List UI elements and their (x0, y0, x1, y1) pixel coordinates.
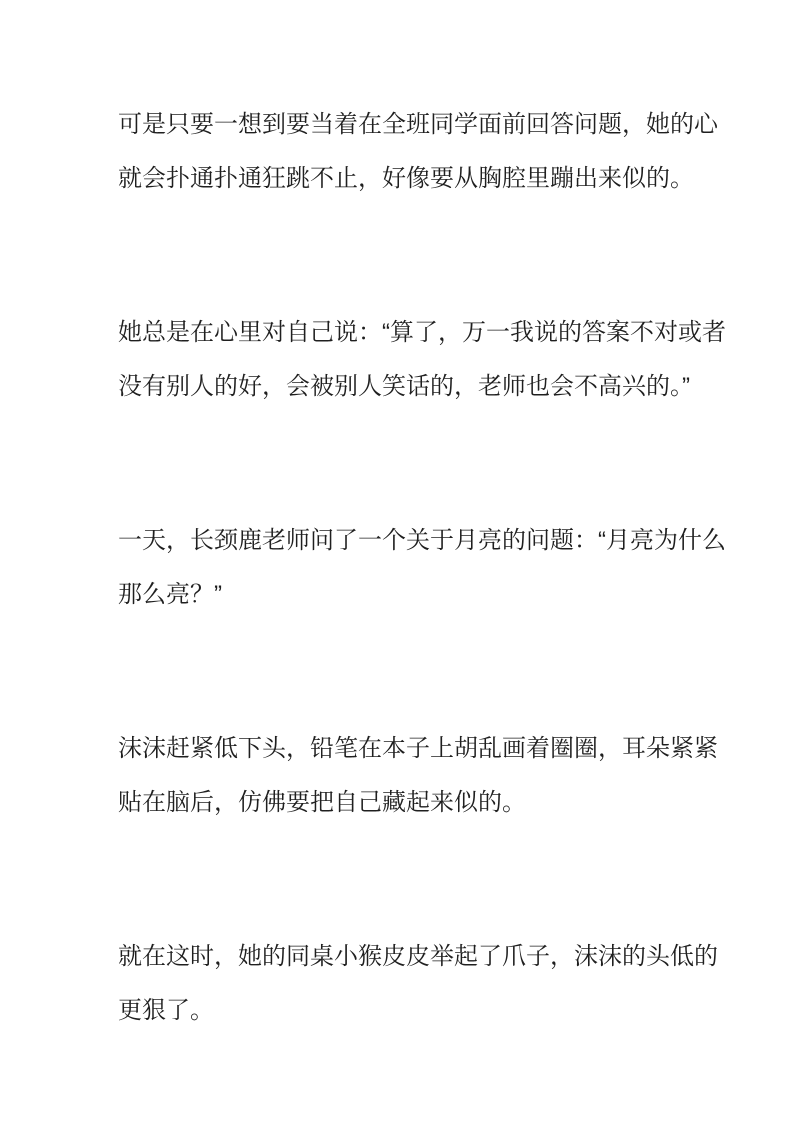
paragraph-1-line-2: 就会扑通扑通狂跳不止，好像要从胸腔里蹦出来似的。 (118, 152, 718, 206)
paragraph-5-line-2: 更狠了。 (118, 984, 718, 1038)
paragraph-2-line-2: 没有别人的好，会被别人笑话的，老师也会不高兴的。” (118, 360, 718, 414)
paragraph-1: 可是只要一想到要当着在全班同学面前回答问题，她的心 就会扑通扑通狂跳不止，好像要… (118, 98, 718, 206)
paragraph-1-line-1: 可是只要一想到要当着在全班同学面前回答问题，她的心 (118, 98, 718, 152)
paragraph-4: 沫沫赶紧低下头，铅笔在本子上胡乱画着圈圈，耳朵紧紧 贴在脑后，仿佛要把自己藏起来… (118, 722, 718, 830)
paragraph-4-line-2: 贴在脑后，仿佛要把自己藏起来似的。 (118, 776, 718, 830)
paragraph-2: 她总是在心里对自己说：“算了，万一我说的答案不对或者 没有别人的好，会被别人笑话… (118, 306, 718, 414)
paragraph-5-line-1: 就在这时，她的同桌小猴皮皮举起了爪子，沫沫的头低的 (118, 930, 718, 984)
paragraph-3-line-2: 那么亮？” (118, 568, 718, 622)
paragraph-3: 一天，长颈鹿老师问了一个关于月亮的问题：“月亮为什么 那么亮？” (118, 514, 718, 622)
paragraph-5: 就在这时，她的同桌小猴皮皮举起了爪子，沫沫的头低的 更狠了。 (118, 930, 718, 1038)
paragraph-3-line-1: 一天，长颈鹿老师问了一个关于月亮的问题：“月亮为什么 (118, 514, 718, 568)
paragraph-4-line-1: 沫沫赶紧低下头，铅笔在本子上胡乱画着圈圈，耳朵紧紧 (118, 722, 718, 776)
story-page: 可是只要一想到要当着在全班同学面前回答问题，她的心 就会扑通扑通狂跳不止，好像要… (0, 0, 793, 1122)
paragraph-2-line-1: 她总是在心里对自己说：“算了，万一我说的答案不对或者 (118, 306, 718, 360)
